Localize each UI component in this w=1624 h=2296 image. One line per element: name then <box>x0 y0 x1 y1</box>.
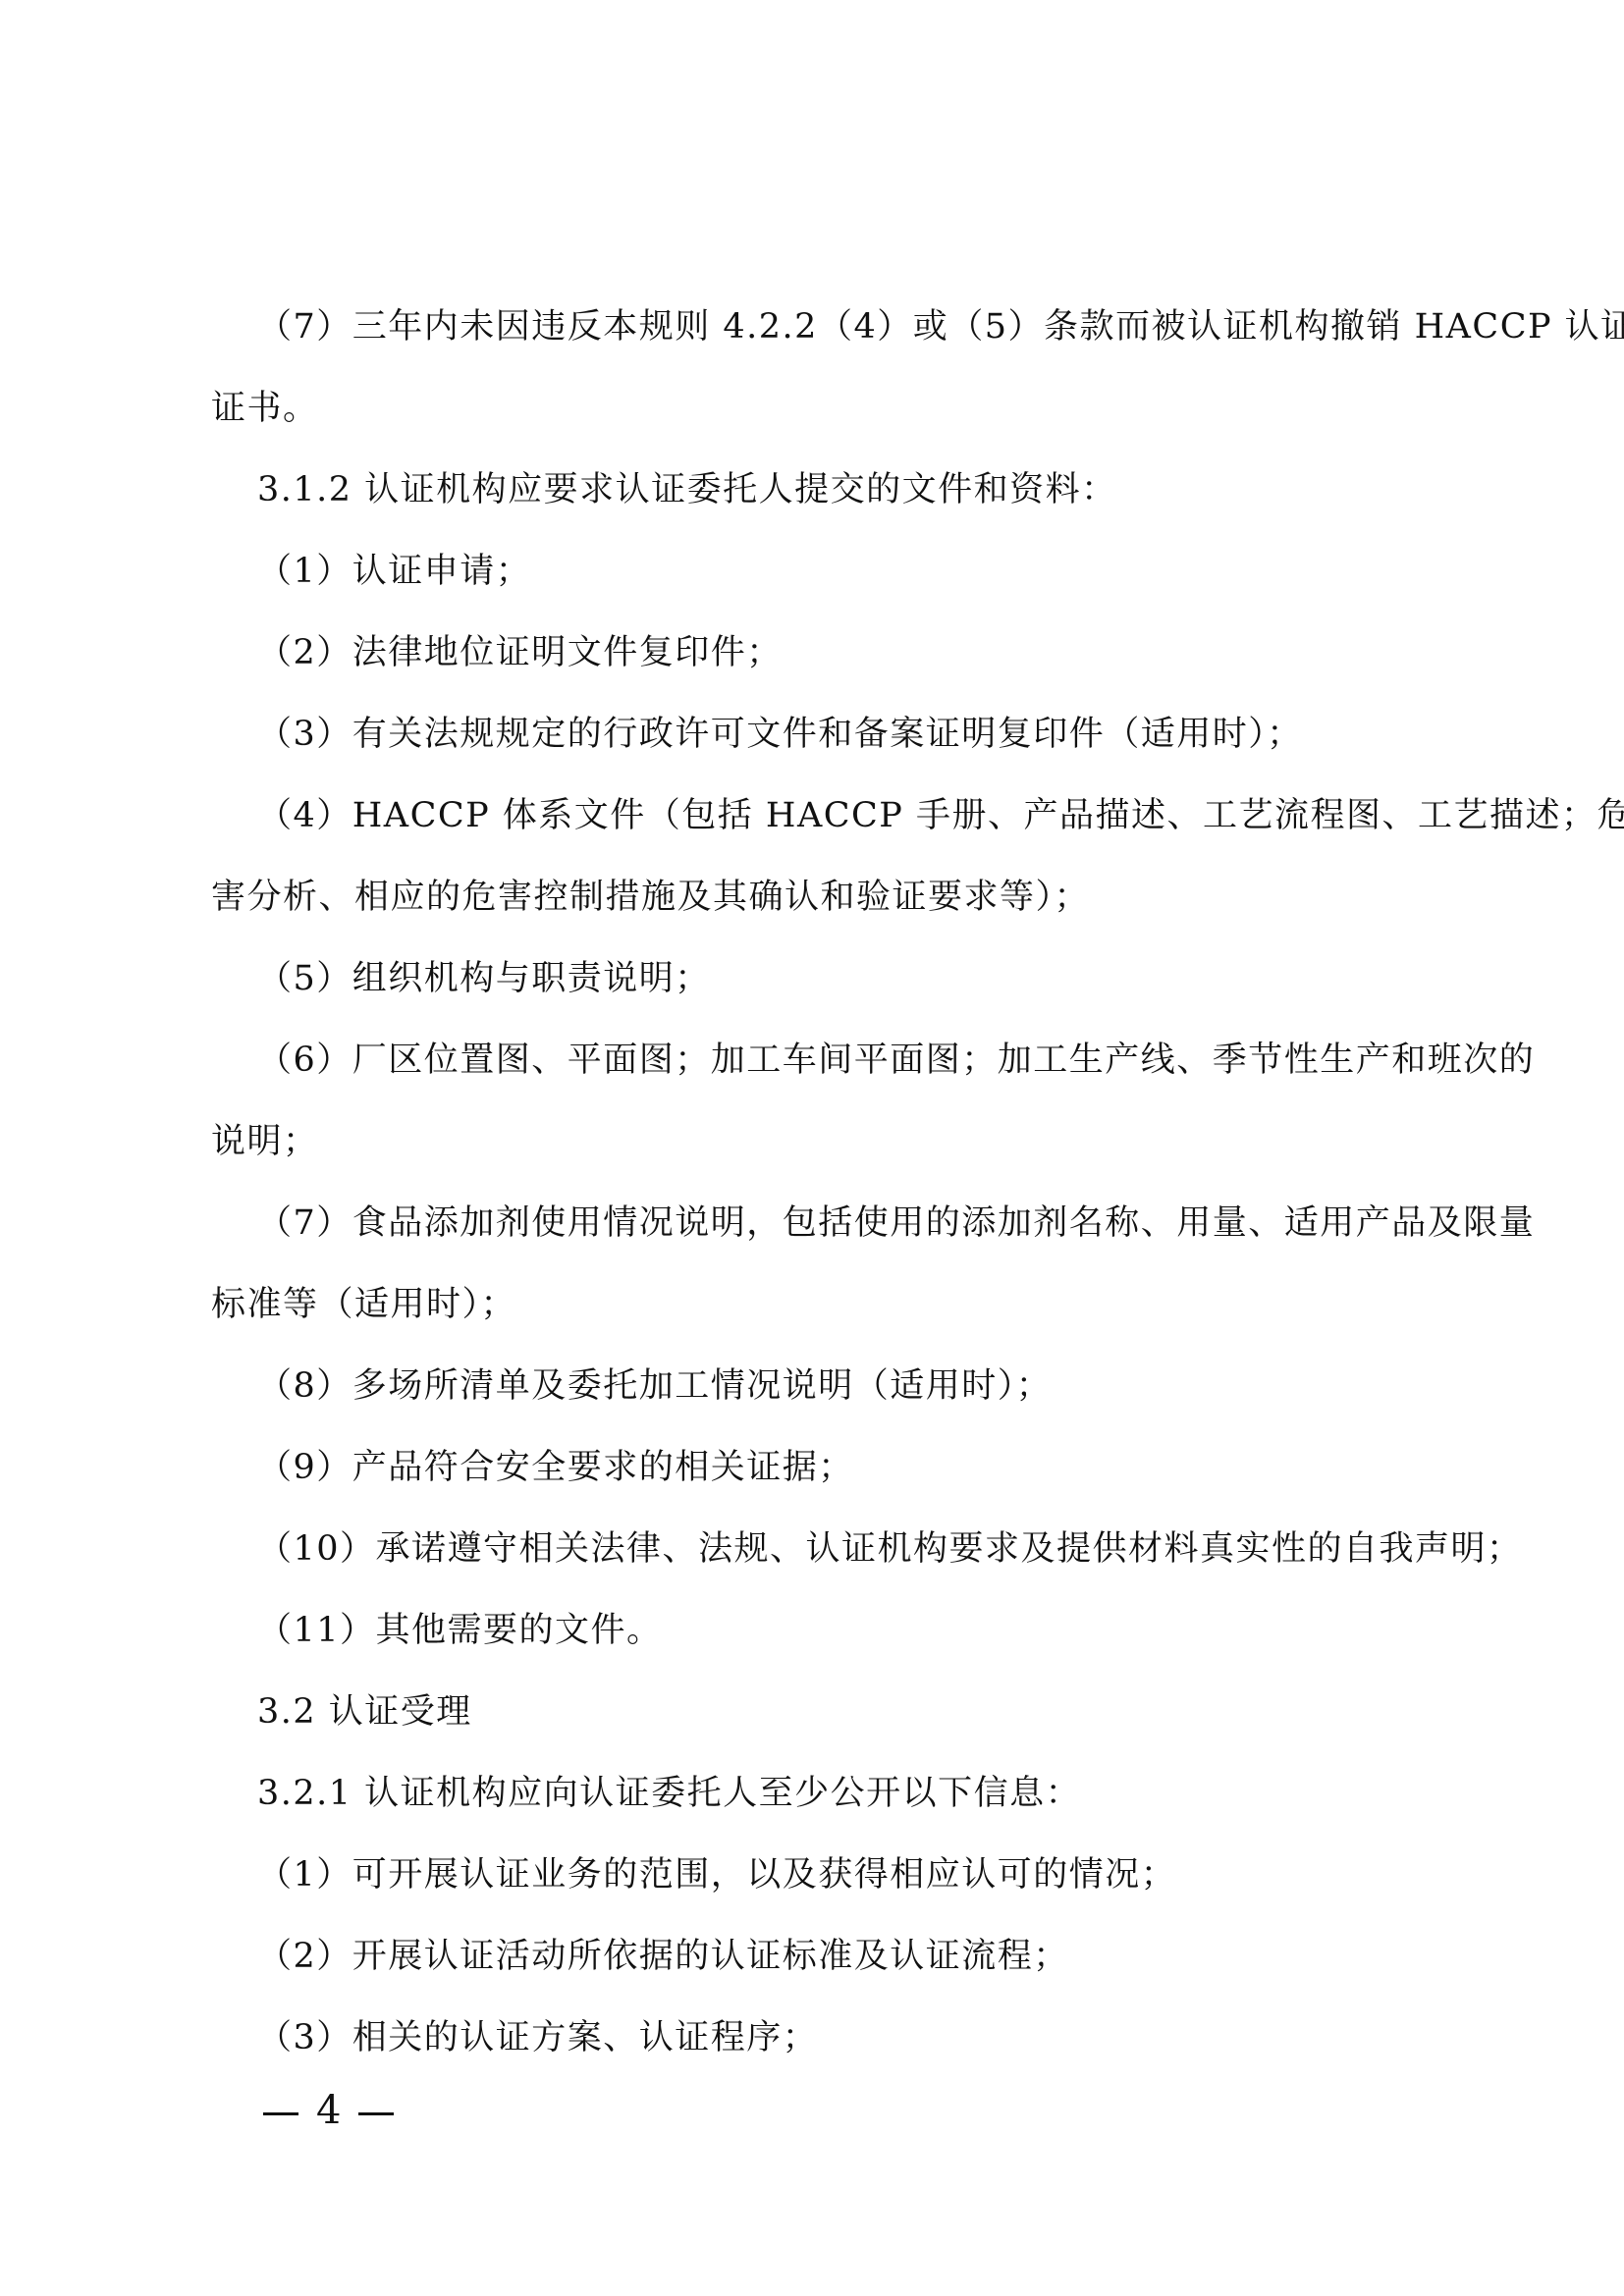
dash-right <box>358 2112 394 2115</box>
document-page: （7）三年内未因违反本规则 4.2.2（4）或（5）条款而被认证机构撤销 HAC… <box>0 0 1624 2296</box>
list-item: （1）可开展认证业务的范围，以及获得相应认可的情况； <box>257 1853 1176 1896</box>
list-item: （1）认证申请； <box>257 550 531 593</box>
list-item: （5）组织机构与职责说明； <box>257 957 711 1000</box>
text-line: 证书。 <box>211 387 319 430</box>
list-item: （10）承诺遵守相关法律、法规、认证机构要求及提供材料真实性的自我声明； <box>257 1527 1523 1571</box>
section-heading: 3.1.2 认证机构应要求认证委托人提交的文件和资料： <box>257 468 1117 511</box>
list-item: （9）产品符合安全要求的相关证据； <box>257 1446 854 1489</box>
list-item: （4）HACCP 体系文件（包括 HACCP 手册、产品描述、工艺流程图、工艺描… <box>257 794 1624 837</box>
list-item: （11）其他需要的文件。 <box>257 1609 663 1652</box>
text-line: （7）三年内未因违反本规则 4.2.2（4）或（5）条款而被认证机构撤销 HAC… <box>257 305 1624 348</box>
list-item: （8）多场所清单及委托加工情况说明（适用时）； <box>257 1364 1052 1408</box>
list-item: （3）相关的认证方案、认证程序； <box>257 2016 818 2059</box>
list-item-continuation: 害分析、相应的危害控制措施及其确认和验证要求等）； <box>211 876 1090 919</box>
page-number: 4 <box>245 2087 411 2134</box>
list-item: （7）食品添加剂使用情况说明，包括使用的添加剂名称、用量、适用产品及限量 <box>257 1201 1535 1245</box>
list-item: （2）法律地位证明文件复印件； <box>257 631 783 674</box>
subsection-heading: 3.2.1 认证机构应向认证委托人至少公开以下信息： <box>257 1772 1081 1815</box>
list-item: （6）厂区位置图、平面图；加工车间平面图；加工生产线、季节性生产和班次的 <box>257 1039 1535 1082</box>
list-item: （2）开展认证活动所依据的认证标准及认证流程； <box>257 1935 1069 1978</box>
list-item: （3）有关法规规定的行政许可文件和备案证明复印件（适用时）； <box>257 713 1303 756</box>
list-item-continuation: 标准等（适用时）； <box>211 1283 516 1326</box>
section-heading: 3.2 认证受理 <box>257 1690 472 1734</box>
dash-left <box>263 2112 298 2115</box>
page-number-value: 4 <box>316 2088 341 2133</box>
list-item-continuation: 说明； <box>211 1120 319 1163</box>
